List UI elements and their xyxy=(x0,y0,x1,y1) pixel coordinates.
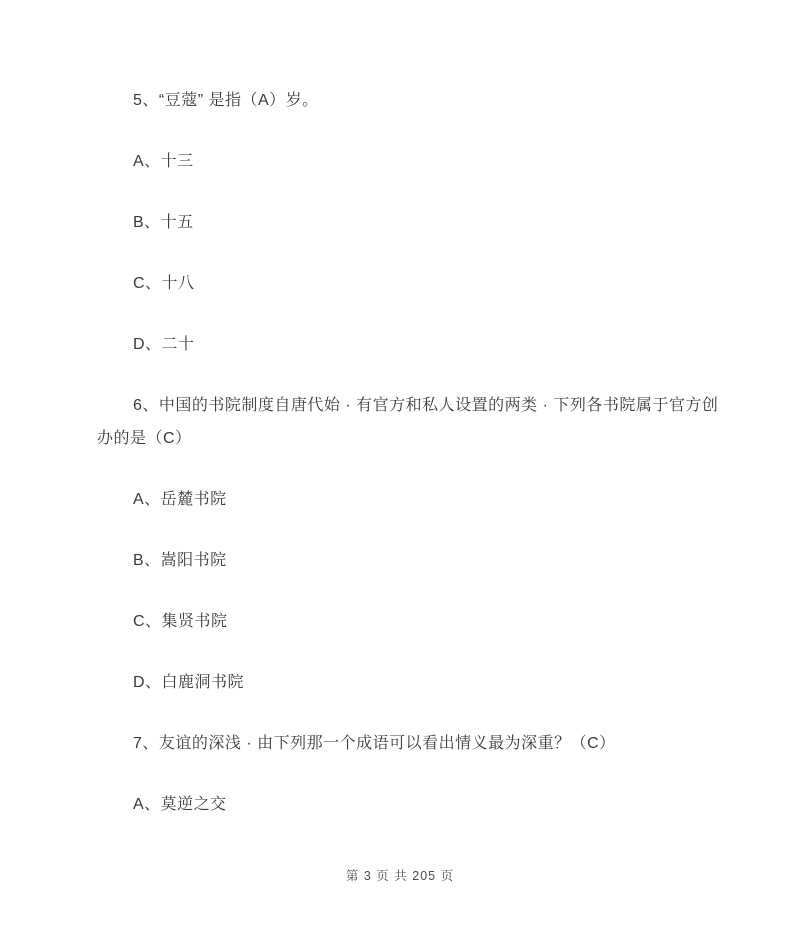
question-6-text-line-2: 办的是（C） xyxy=(97,422,703,455)
question-7-option-a: A、莫逆之交 xyxy=(97,788,703,821)
question-6-text: 6、中国的书院制度自唐代始 · 有官方和私人设置的两类 · 下列各书院属于官方创… xyxy=(97,389,703,455)
question-5-option-b: B、十五 xyxy=(97,206,703,239)
document-content: 5、“豆蔻” 是指（A）岁。 A、十三 B、十五 C、十八 D、二十 6、中国的… xyxy=(0,0,800,821)
question-5-option-c: C、十八 xyxy=(97,267,703,300)
question-5-option-d: D、二十 xyxy=(97,328,703,361)
question-6-text-line-1: 6、中国的书院制度自唐代始 · 有官方和私人设置的两类 · 下列各书院属于官方创 xyxy=(97,389,703,422)
document-page: 5、“豆蔻” 是指（A）岁。 A、十三 B、十五 C、十八 D、二十 6、中国的… xyxy=(0,0,800,950)
question-6-option-c: C、集贤书院 xyxy=(97,605,703,638)
question-5-option-a: A、十三 xyxy=(97,145,703,178)
question-5-text: 5、“豆蔻” 是指（A）岁。 xyxy=(97,84,703,117)
question-7-text: 7、友谊的深浅 · 由下列那一个成语可以看出情义最为深重？（C） xyxy=(97,727,703,760)
page-footer: 第 3 页 共 205 页 xyxy=(0,870,800,883)
question-6-option-b: B、嵩阳书院 xyxy=(97,544,703,577)
question-6-option-a: A、岳麓书院 xyxy=(97,483,703,516)
question-6-option-d: D、白鹿洞书院 xyxy=(97,666,703,699)
